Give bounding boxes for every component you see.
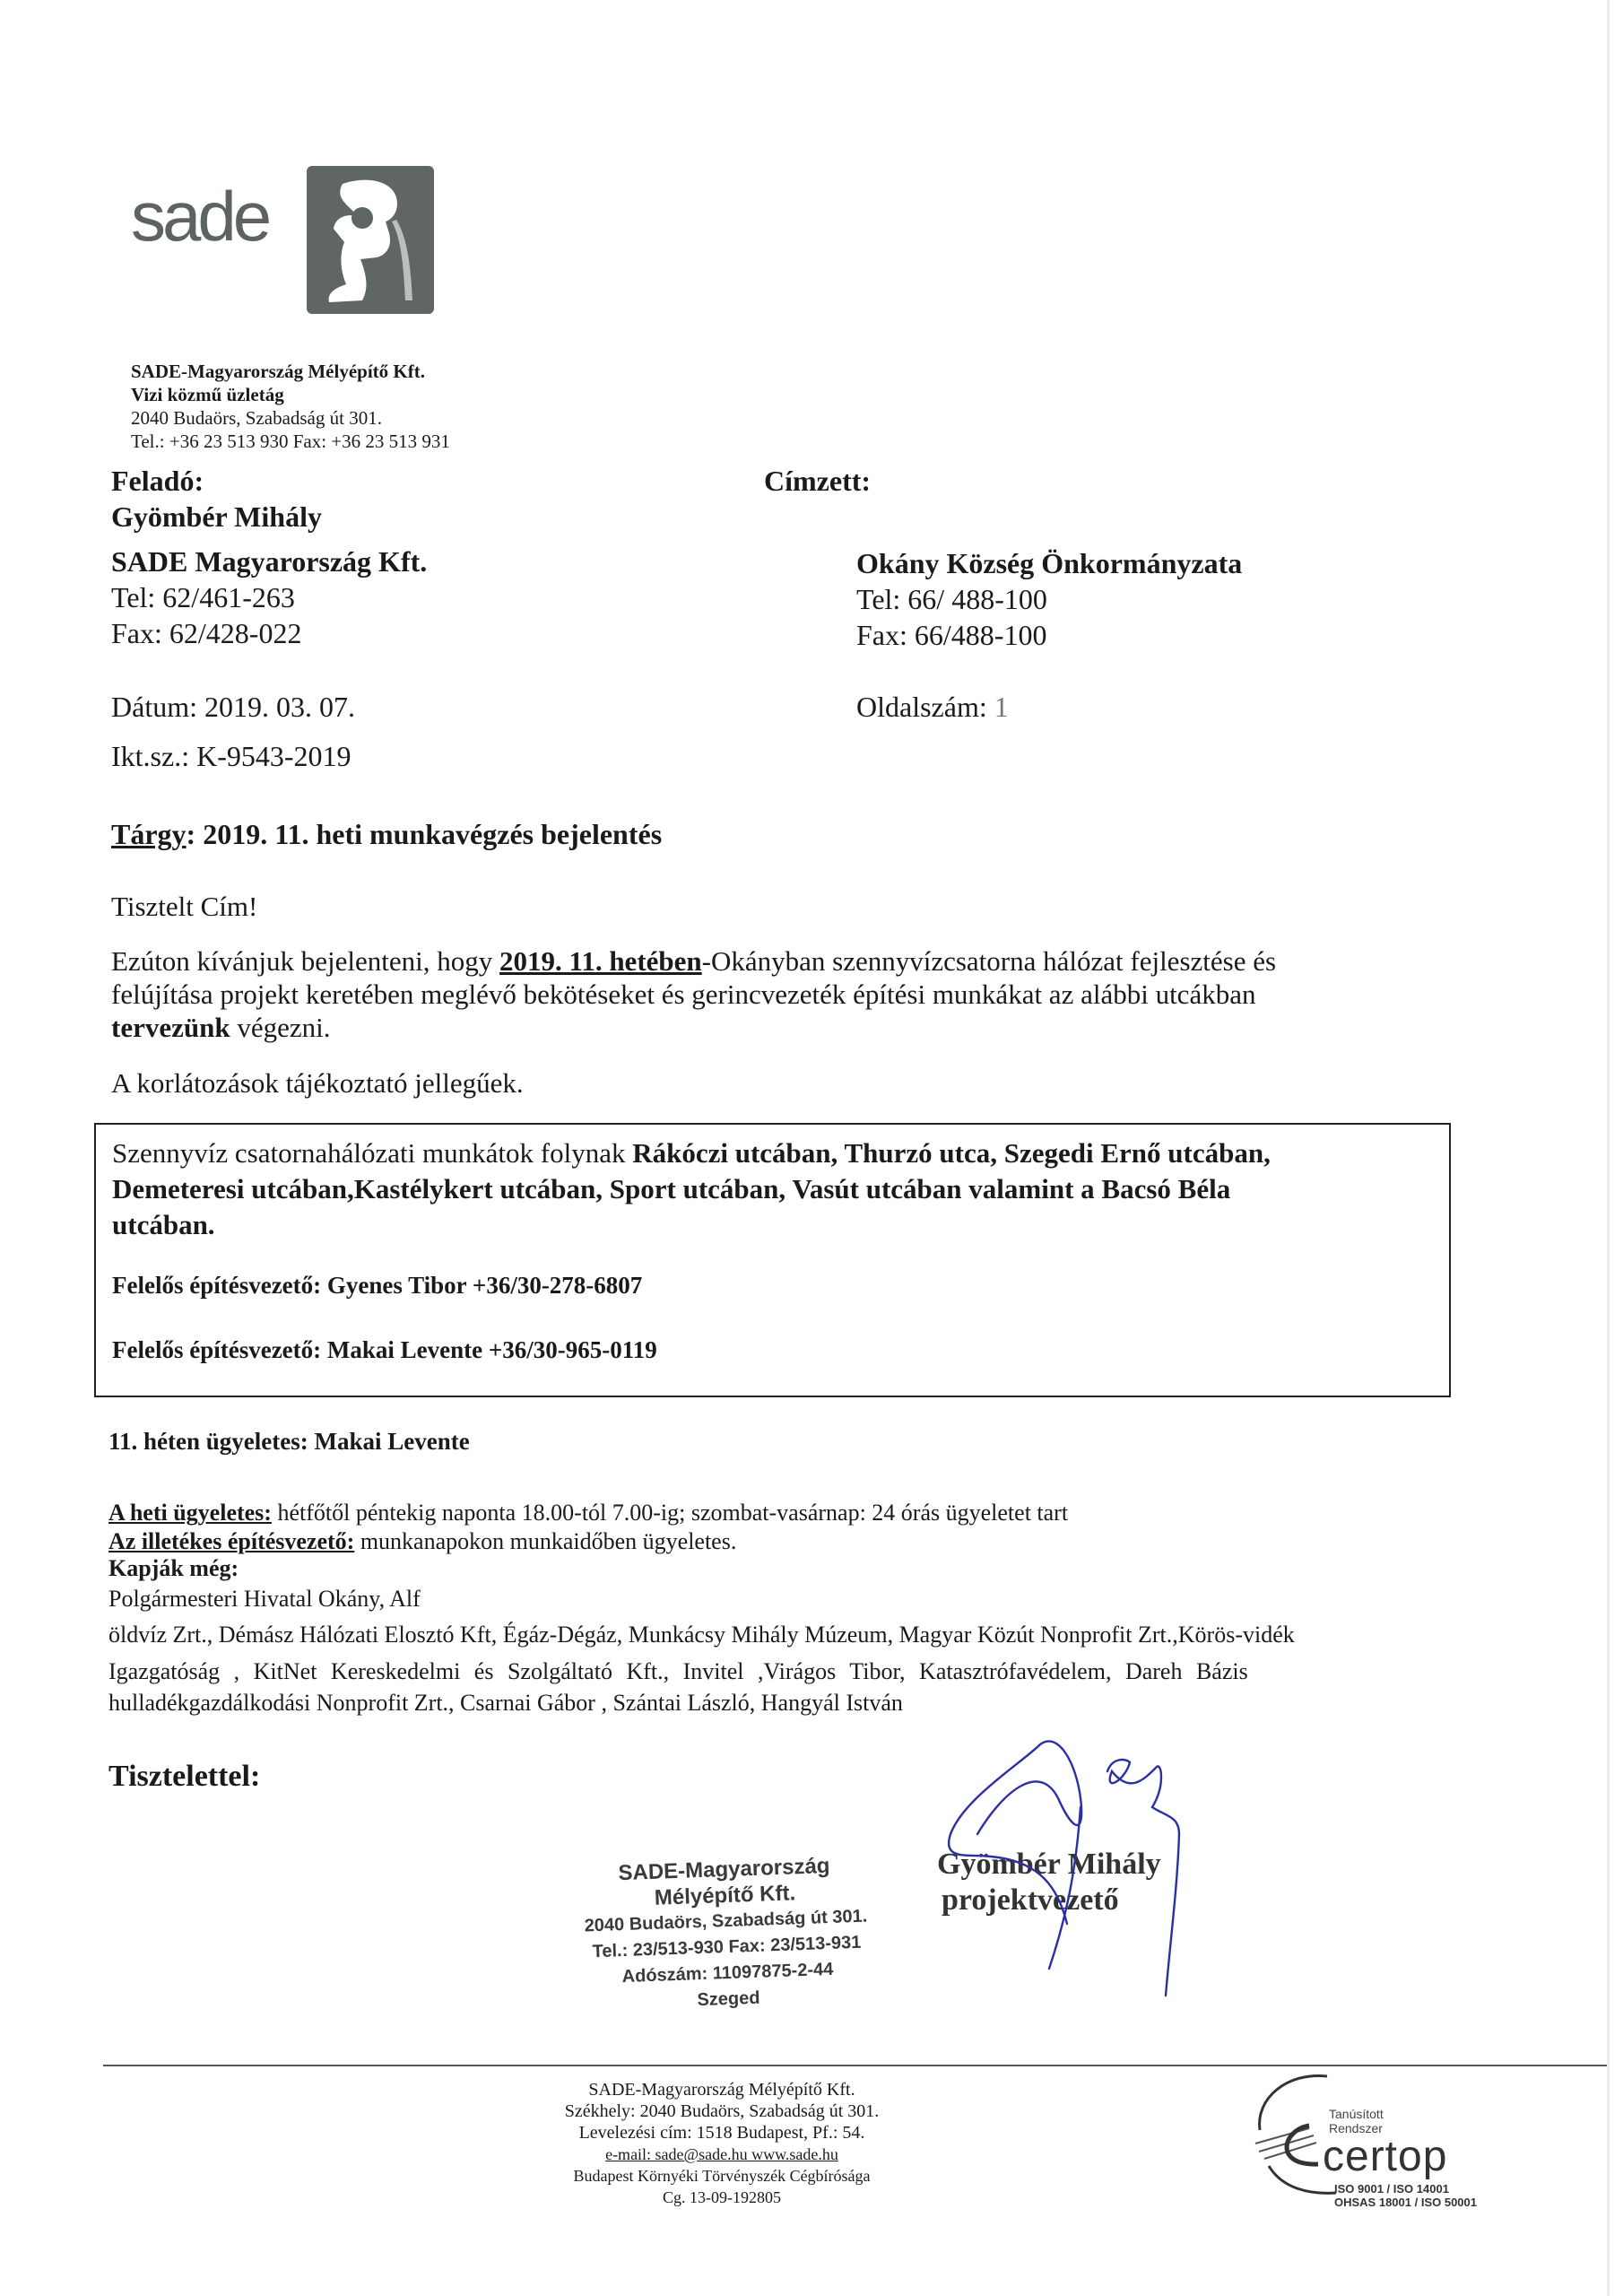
page-label: Oldalszám:: [856, 691, 987, 723]
date-label: Dátum:: [111, 691, 197, 723]
footer-reg: Cg. 13-09-192805: [498, 2187, 946, 2208]
sade-figure-logo-icon: [307, 166, 434, 314]
works-line-2: Demeteresi utcában,Kastélykert utcában, …: [112, 1173, 1230, 1205]
footer-company-info: SADE-Magyarország Mélyépítő Kft. Székhel…: [498, 2079, 946, 2208]
site-manager-contact-1: Felelős építésvezető: Gyenes Tibor +36/3…: [112, 1272, 642, 1300]
letterhead-company: SADE-Magyarország Mélyépítő Kft.: [131, 361, 425, 383]
streets-bold: Rákóczi utcában, Thurzó utca, Szegedi Er…: [632, 1137, 1271, 1169]
letterhead-division: Vizi közmű üzletág: [131, 384, 284, 406]
weekly-duty-text: hétfőtől péntekig naponta 18.00-tól 7.00…: [272, 1500, 1068, 1526]
certop-line-1: Tanúsított: [1329, 2107, 1384, 2121]
weekly-duty-label: A heti ügyeletes:: [108, 1500, 272, 1526]
subject-text: : 2019. 11. heti munkavégzés bejelentés: [187, 818, 663, 850]
footer-mail: Levelezési cím: 1518 Budapest, Pf.: 54.: [498, 2122, 946, 2144]
closing-text: Tisztelettel:: [108, 1760, 260, 1794]
works-line-1: Szennyvíz csatornahálózati munkátok foly…: [112, 1137, 1271, 1170]
cc-line-2: öldvíz Zrt., Démász Hálózati Elosztó Kft…: [108, 1622, 1295, 1648]
salutation: Tisztelt Cím!: [111, 891, 257, 923]
ref-value: K-9543-2019: [196, 740, 351, 772]
week-duty: 11. héten ügyeletes: Makai Levente: [108, 1428, 470, 1456]
sender-fax: Fax: 62/428-022: [111, 617, 301, 650]
cc-line-3: Igazgatóság , KitNet Kereskedelmi és Szo…: [108, 1658, 1248, 1685]
certop-brand: certop: [1323, 2132, 1447, 2181]
sender-tel: Tel: 62/461-263: [111, 581, 295, 614]
body-text: Ezúton kívánjuk bejelenteni, hogy: [111, 945, 499, 977]
body-text: -Okányban szennyvízcsatorna hálózat fejl…: [702, 945, 1276, 977]
recipient-name: Okány Község Önkormányzata: [856, 547, 1242, 580]
certop-certification-logo: Tanúsított Rendszer certop ISO 9001 / IS…: [1219, 2058, 1524, 2211]
site-manager-contact-2: Felelős építésvezető: Makai Levente +36/…: [112, 1336, 657, 1364]
subject-label: Tárgy: [111, 818, 187, 850]
body-text: végezni.: [230, 1012, 331, 1043]
certop-iso-1: ISO 9001 / ISO 14001: [1334, 2182, 1477, 2196]
body-paragraph-line-3: tervezünk végezni.: [111, 1012, 330, 1044]
recipient-fax: Fax: 66/488-100: [856, 619, 1046, 652]
subject-line: Tárgy: 2019. 11. heti munkavégzés bejele…: [111, 818, 662, 851]
manager-duty-line: Az illetékes építésvezető: munkanapokon …: [108, 1528, 736, 1555]
footer-court: Budapest Környéki Törvényszék Cégbíróság…: [498, 2165, 946, 2187]
cc-label: Kapják még:: [108, 1555, 239, 1582]
certop-iso-2: OHSAS 18001 / ISO 50001: [1334, 2196, 1477, 2209]
cc-line-4: hulladékgazdálkodási Nonprofit Zrt., Csa…: [108, 1690, 903, 1717]
body-paragraph-line-2: felújítása projekt keretében meglévő bek…: [111, 978, 1255, 1011]
footer-company: SADE-Magyarország Mélyépítő Kft.: [498, 2079, 946, 2100]
scan-edge: [1607, 0, 1610, 2296]
company-stamp: SADE-Magyarország Mélyépítő Kft. 2040 Bu…: [571, 1851, 881, 2018]
page-number-line: Oldalszám: 1: [856, 691, 1009, 724]
ref-label: Ikt.sz.:: [111, 740, 189, 772]
manager-duty-text: munkanapokon munkaidőben ügyeletes.: [354, 1528, 736, 1554]
restrictions-note: A korlátozások tájékoztató jellegűek.: [111, 1067, 524, 1100]
letterhead-address: 2040 Budaörs, Szabadság út 301.: [131, 407, 382, 430]
footer-web-link[interactable]: e-mail: sade@sade.hu www.sade.hu: [498, 2144, 946, 2165]
planned-bold: tervezünk: [111, 1012, 230, 1043]
letterhead-phone-fax: Tel.: +36 23 513 930 Fax: +36 23 513 931: [131, 430, 450, 453]
works-info-box: Szennyvíz csatornahálózati munkátok foly…: [94, 1123, 1451, 1397]
recipient-tel: Tel: 66/ 488-100: [856, 583, 1047, 616]
body-paragraph-line-1: Ezúton kívánjuk bejelenteni, hogy 2019. …: [111, 945, 1276, 978]
manager-duty-label: Az illetékes építésvezető:: [108, 1528, 354, 1554]
footer-seat: Székhely: 2040 Budaörs, Szabadság út 301…: [498, 2100, 946, 2122]
ref-line: Ikt.sz.: K-9543-2019: [111, 740, 352, 773]
sender-name: Gyömbér Mihály: [111, 500, 322, 534]
sender-company: SADE Magyarország Kft.: [111, 545, 427, 578]
works-text: Szennyvíz csatornahálózati munkátok foly…: [112, 1137, 632, 1169]
cc-line-1: Polgármesteri Hivatal Okány, Alf: [108, 1586, 421, 1613]
date-value: 2019. 03. 07.: [204, 691, 355, 723]
week-highlight: 2019. 11. hetében: [499, 945, 702, 977]
sade-wordmark: sade: [131, 176, 268, 257]
works-line-3: utcában.: [112, 1209, 215, 1241]
handwritten-signature: [924, 1709, 1211, 2005]
recipient-label: Címzett:: [764, 465, 871, 498]
page-value: 1: [994, 691, 1009, 723]
weekly-duty-line: A heti ügyeletes: hétfőtől péntekig napo…: [108, 1500, 1068, 1526]
date-line: Dátum: 2019. 03. 07.: [111, 691, 355, 724]
sender-label: Feladó:: [111, 465, 204, 498]
